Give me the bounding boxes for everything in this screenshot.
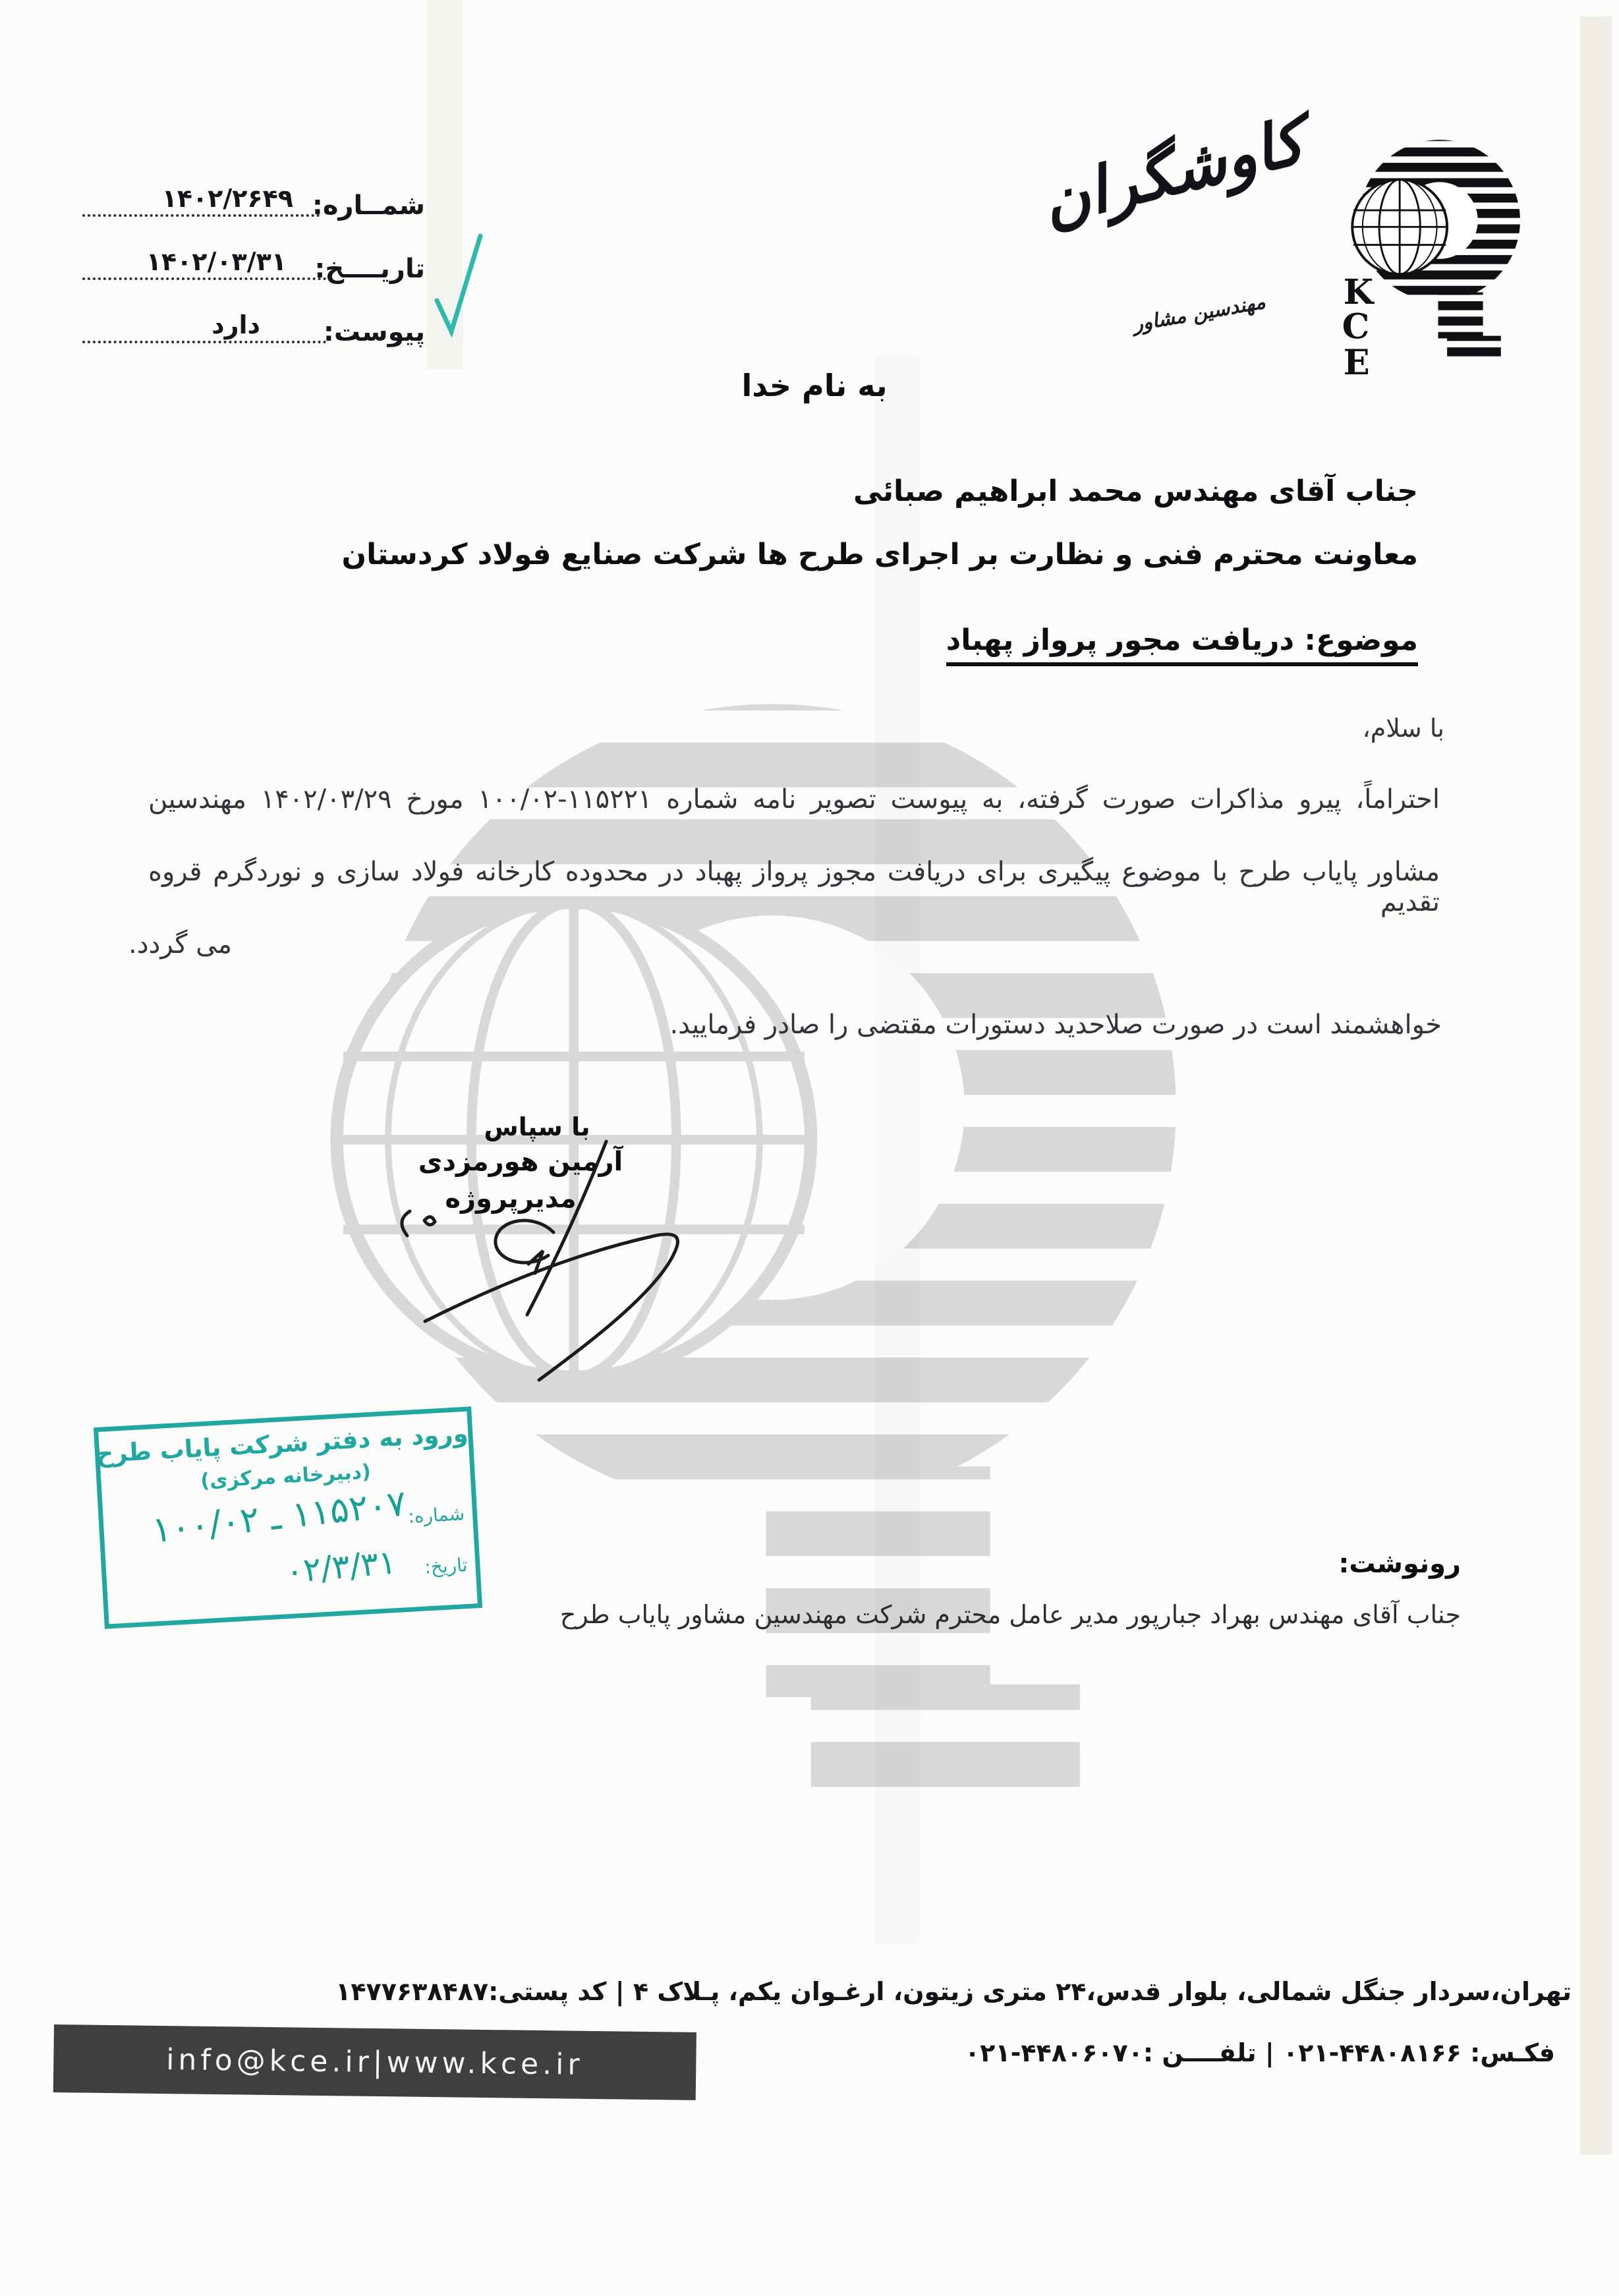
footer-webbar: info@kce.ir|www.kce.ir	[53, 2024, 696, 2100]
salutation: با سلام،	[1362, 714, 1444, 743]
header-fields: شمــاره: ۱۴۰۲/۲۶۴۹ تاریــــخ: ۱۴۰۲/۰۳/۳۱…	[82, 160, 425, 358]
bismillah: به نام خدا	[683, 368, 946, 403]
addressee-name: جناب آقای مهندس محمد ابراهیم صبائی	[853, 474, 1418, 508]
footer-contacts: فکـس: ۴۴۸۰۸۱۶۶-۰۲۱ | تلفــــن :۴۴۸۰۶۰۷۰-…	[965, 2038, 1555, 2067]
kce-letter-e: E	[1344, 343, 1370, 382]
attachment-checkmark-icon	[432, 229, 486, 338]
subject-line: موضوع: دریافت مجور پرواز پهباد	[946, 623, 1418, 657]
cc-line: جناب آقای مهندس بهراد جبارپور مدیر عامل …	[560, 1600, 1461, 1629]
kce-letter-c: C	[1342, 306, 1370, 347]
field-label-number: شمــاره:	[312, 190, 425, 221]
logo-subtitle: مهندسین مشاور	[1113, 287, 1286, 340]
field-row-attachment: پیوست: دارد	[82, 287, 425, 343]
field-label-date: تاریــــخ:	[314, 254, 425, 284]
field-value-date: ۱۴۰۲/۰۳/۳۱	[146, 247, 287, 276]
addressee-title: معاونت محترم فنی و نظارت بر اجرای طرح ها…	[342, 538, 1418, 571]
kce-mark-icon: K C E	[1311, 132, 1542, 382]
dotted-line	[82, 277, 326, 280]
body-line-2: مشاور پایاب طرح با موضوع پیگیری برای دری…	[148, 857, 1440, 917]
body-line-1: احتراماً، پیرو مذاکرات صورت گرفته، به پی…	[148, 784, 1440, 815]
field-row-date: تاریــــخ: ۱۴۰۲/۰۳/۳۱	[82, 223, 425, 280]
signature-scribble	[356, 1120, 725, 1404]
entry-stamp: ورود به دفتر شرکت پایاب طرح (دبیرخانه مر…	[94, 1406, 482, 1629]
logo-calligraphy: کاوشگران	[1013, 99, 1332, 245]
request-line: خواهشمند است در صورت صلاحدید دستورات مقت…	[669, 1010, 1442, 1040]
cc-label: رونوشت:	[1338, 1549, 1461, 1579]
stamp-date-value: ۳۱‏/‏۳‏/‏۰۲	[284, 1543, 398, 1591]
field-value-attachment: دارد	[212, 310, 260, 339]
webbar-text: info@kce.ir|www.kce.ir	[166, 2043, 584, 2082]
body-line-3: می گردد.	[128, 929, 232, 960]
stamp-number-label: شماره:	[407, 1503, 465, 1528]
scan-streak	[1580, 16, 1612, 2155]
field-label-attachment: پیوست:	[324, 317, 425, 347]
field-row-number: شمــاره: ۱۴۰۲/۲۶۴۹	[82, 160, 425, 217]
footer-address: تهران،سردار جنگل شمالی، بلوار قدس،۲۴ متر…	[335, 1977, 1572, 2006]
dotted-line	[82, 341, 326, 343]
field-value-number: ۱۴۰۲/۲۶۴۹	[162, 184, 293, 213]
dotted-line	[82, 214, 320, 217]
subject-text: موضوع: دریافت مجور پرواز پهباد	[946, 623, 1418, 666]
scanned-letter-page: شمــاره: ۱۴۰۲/۲۶۴۹ تاریــــخ: ۱۴۰۲/۰۳/۳۱…	[0, 0, 1619, 2296]
stamp-date-label: تاریخ:	[424, 1554, 468, 1578]
